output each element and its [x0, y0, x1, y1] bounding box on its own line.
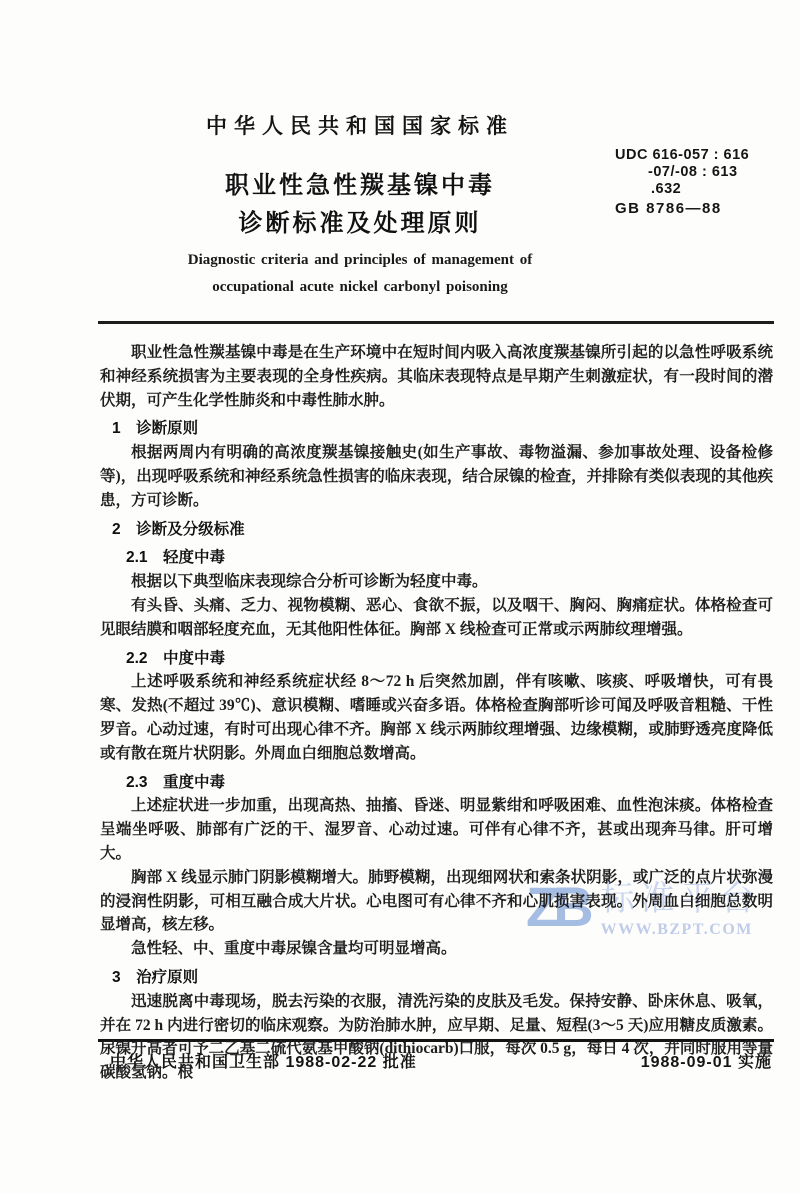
- udc-line-1: UDC 616-057 : 616: [615, 147, 749, 164]
- section-2-3-heading: 2.3 重度中毒: [126, 771, 773, 795]
- udc-line-2: -07/-08 : 613: [615, 164, 749, 181]
- section-2-1-paragraph-1: 根据以下典型临床表现综合分析可诊断为轻度中毒。: [100, 570, 773, 594]
- document-body: 职业性急性羰基镍中毒是在生产环境中在短时间内吸入高浓度羰基镍所引起的以急性呼吸系…: [100, 337, 773, 1085]
- udc-line-3: .632: [615, 181, 749, 198]
- section-3-heading: 3 治疗原则: [112, 966, 773, 990]
- intro-paragraph: 职业性急性羰基镍中毒是在生产环境中在短时间内吸入高浓度羰基镍所引起的以急性呼吸系…: [100, 341, 773, 412]
- section-1-heading: 1 诊断原则: [112, 417, 773, 441]
- udc-block: UDC 616-057 : 616 -07/-08 : 613 .632 GB …: [615, 147, 749, 217]
- section-1-paragraph: 根据两周内有明确的高浓度羰基镍接触史(如生产事故、毒物溢漏、参加事故处理、设备检…: [100, 441, 773, 512]
- english-subtitle: Diagnostic criteria and principles of ma…: [98, 247, 622, 301]
- section-2-3-paragraph-1: 上述症状进一步加重，出现高热、抽搐、昏迷、明显紫绀和呼吸困难、血性泡沫痰。体格检…: [100, 794, 773, 865]
- section-2-1-paragraph-2: 有头昏、头痛、乏力、视物模糊、恶心、食欲不振，以及咽干、胸闷、胸痛症状。体格检查…: [100, 594, 773, 642]
- standard-kicker: 中华人民共和国国家标准: [98, 110, 622, 140]
- section-2-2-paragraph-1: 上述呼吸系统和神经系统症状经 8～72 h 后突然加剧，伴有咳嗽、咳痰、呼吸增快…: [100, 670, 773, 765]
- section-2-3-paragraph-2: 胸部 X 线显示肺门阴影模糊增大。肺野模糊，出现细网状和索条状阴影，或广泛的点片…: [100, 866, 773, 937]
- section-2-2-heading: 2.2 中度中毒: [126, 647, 773, 671]
- standard-title: 职业性急性羰基镍中毒 诊断标准及处理原则: [98, 167, 622, 243]
- section-2-heading: 2 诊断及分级标准: [112, 518, 773, 542]
- english-subtitle-line-2: occupational acute nickel carbonyl poiso…: [98, 274, 622, 301]
- section-2-1-heading: 2.1 轻度中毒: [126, 546, 773, 570]
- section-2-3-paragraph-3: 急性轻、中、重度中毒尿镍含量均可明显增高。: [100, 937, 773, 961]
- title-line-2: 诊断标准及处理原则: [98, 205, 622, 243]
- header-rule: [98, 321, 774, 324]
- gb-number: GB 8786—88: [615, 200, 749, 217]
- english-subtitle-line-1: Diagnostic criteria and principles of ma…: [98, 247, 622, 274]
- section-3-paragraph-1: 迅速脱离中毒现场，脱去污染的衣服，清洗污染的皮肤及毛发。保持安静、卧床休息、吸氧…: [100, 990, 773, 1085]
- title-line-1: 职业性急性羰基镍中毒: [98, 167, 622, 205]
- document-page: 中华人民共和国国家标准 职业性急性羰基镍中毒 诊断标准及处理原则 UDC 616…: [0, 0, 800, 1194]
